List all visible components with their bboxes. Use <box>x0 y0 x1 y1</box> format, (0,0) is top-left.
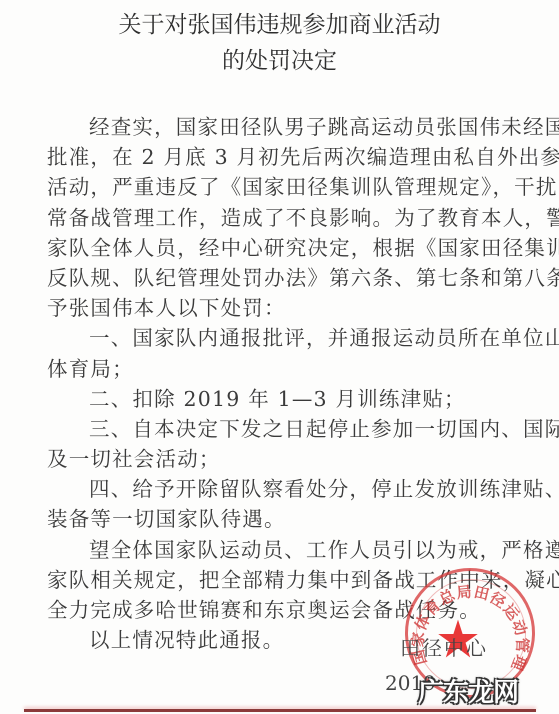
body-line: 家队全体人员，经中心研究决定，根据《国家田径集训队违 <box>47 233 495 263</box>
document-title-line-2: 的处罚决定 <box>0 42 559 75</box>
body-line: 经查实，国家田径队男子跳高运动员张国伟未经国家队 <box>47 112 495 142</box>
body-line: 三、自本决定下发之日起停止参加一切国内、国际比赛 <box>47 414 495 444</box>
body-line: 常备战管理工作，造成了不良影响。为了教育本人，警示国 <box>47 203 495 233</box>
body-line: 体育局； <box>47 354 495 384</box>
issuer-signature: 田径中心 <box>400 632 488 661</box>
document-title-line-1: 关于对张国伟违规参加商业活动 <box>0 6 559 39</box>
body-line: 装备等一切国家队待遇。 <box>47 504 495 534</box>
body-line: 予张国伟本人以下处罚： <box>47 293 495 323</box>
body-line: 望全体国家队运动员、工作人员引以为戒，严格遵守国 <box>47 535 495 565</box>
body-line: 及一切社会活动； <box>47 444 495 474</box>
body-line: 二、扣除 2019 年 1—3 月训练津贴； <box>47 384 495 414</box>
body-line: 四、给予开除留队察看处分，停止发放训练津贴、训练 <box>47 474 495 504</box>
body-line: 活动，严重违反了《国家田径集训队管理规定》，干扰了正 <box>47 172 495 202</box>
body-line: 批准，在 2 月底 3 月初先后两次编造理由私自外出参加商业 <box>47 142 495 172</box>
bottom-red-rule <box>24 709 536 712</box>
document-page: 关于对张国伟违规参加商业活动 的处罚决定 经查实，国家田径队男子跳高运动员张国伟… <box>0 0 559 714</box>
site-watermark: 广东龙网 <box>418 672 518 709</box>
body-line: 反队规、队纪管理处罚办法》第六条、第七条和第八条，给 <box>47 263 495 293</box>
body-line: 一、国家队内通报批评，并通报运动员所在单位山东省 <box>47 323 495 353</box>
